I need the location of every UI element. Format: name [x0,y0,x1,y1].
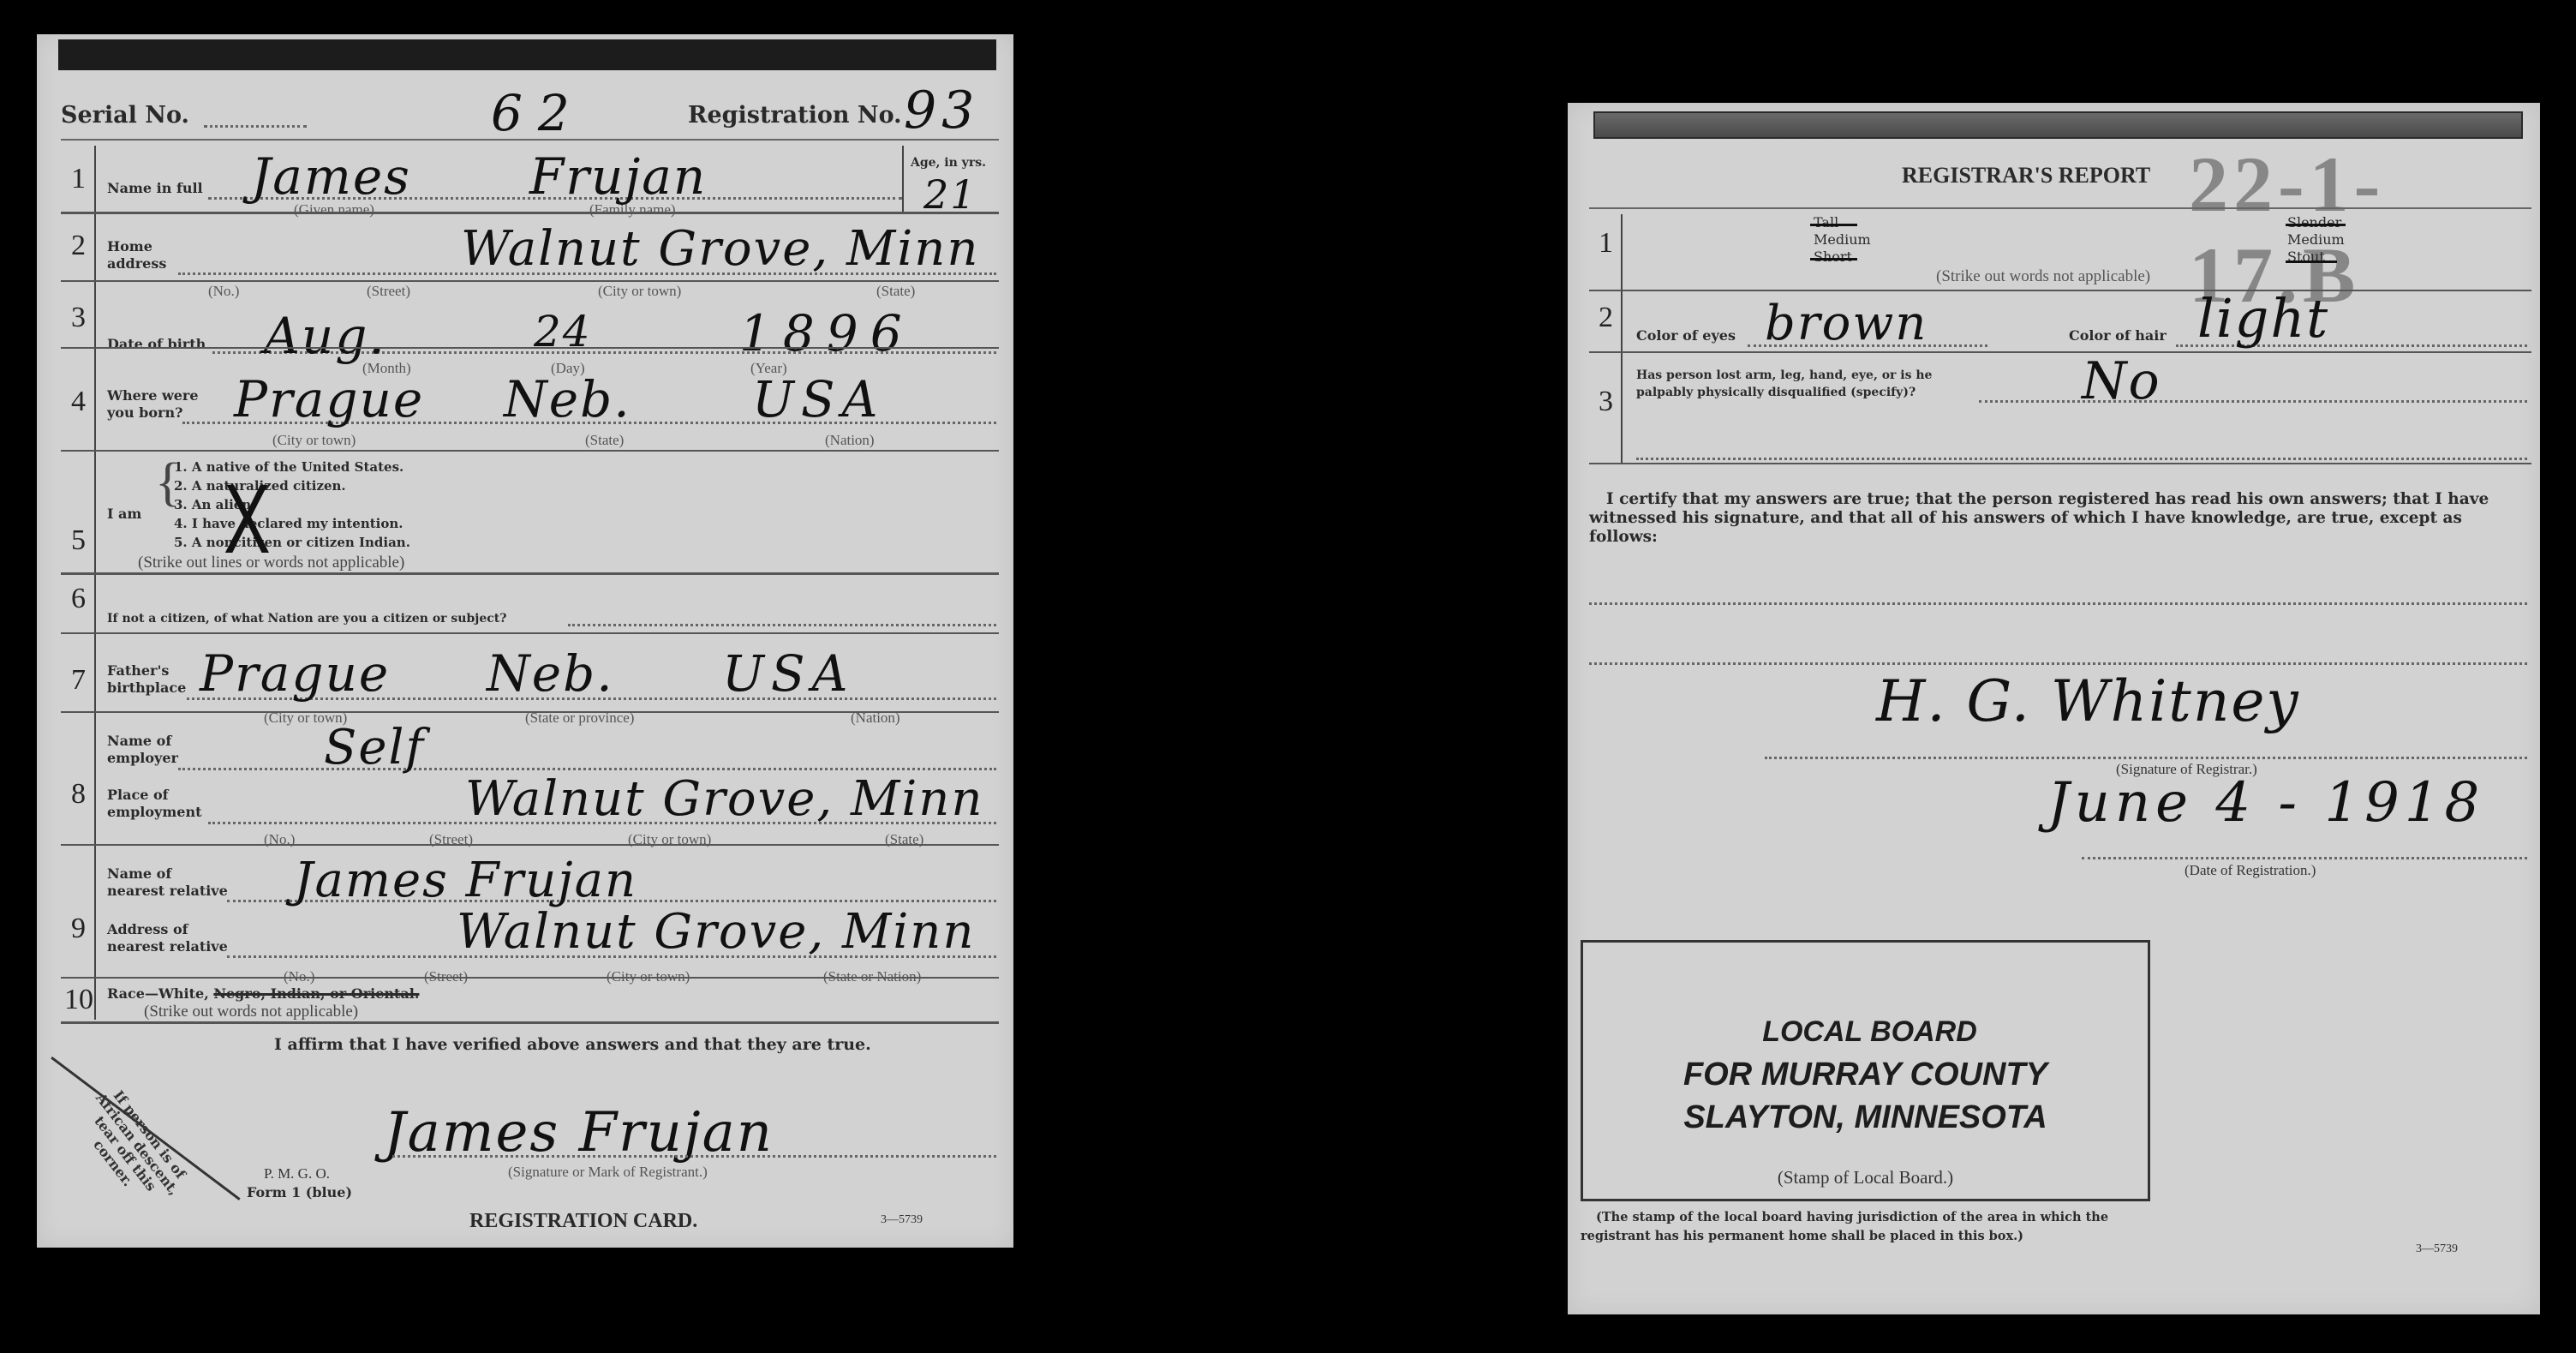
row-10-number: 10 [64,984,93,1016]
header-band [1593,111,2523,139]
row-number-divider [1621,214,1623,463]
employer-dotline [178,768,996,770]
row-5-divider [61,572,999,575]
signature-dotline [392,1155,996,1158]
age-divider [902,146,904,214]
place-caption-state: (State) [885,831,923,848]
registrar-signature[interactable]: H. G. Whitney [1876,668,2300,734]
family-name-value[interactable]: Frujan [529,147,707,206]
father-nation-value[interactable]: USA [722,644,855,703]
registration-card-title: REGISTRATION CARD. [469,1210,697,1233]
date-dotline [2082,857,2527,859]
row-1-number: 1 [1599,227,1613,260]
affirmation-text: I affirm that I have verified above answ… [274,1035,871,1054]
stamp-line-3: SLAYTON, MINNESOTA [1583,1099,2148,1136]
relative-address-value[interactable]: Walnut Grove, Minn [457,904,975,960]
race-prefix: Race—White, [107,985,209,1002]
strike-slender [2286,224,2346,226]
born-nation-value[interactable]: USA [752,370,885,428]
given-name-value[interactable]: James [251,147,411,206]
disqualified-label-1: Has person lost arm, leg, hand, eye, or … [1636,367,1932,384]
family-name-caption: (Family name) [589,201,676,219]
home-label-2: address [107,255,166,272]
registration-card-front: Serial No. 62 Registration No. 93 1 Name… [37,34,1013,1248]
report-form-number: 3—5739 [2416,1242,2458,1256]
row-9-divider [61,977,999,979]
local-board-stamp-box: LOCAL BOARD FOR MURRAY COUNTY SLAYTON, M… [1581,940,2150,1201]
signature-caption: (Signature or Mark of Registrant.) [508,1164,708,1181]
relative-address-label-1: Address of [107,921,188,938]
born-caption-state: (State) [585,432,624,449]
born-city-value[interactable]: Prague [234,370,424,428]
row-number-divider [94,146,96,1020]
father-city-value[interactable]: Prague [200,644,390,703]
header-divider [1589,207,2531,209]
row-7-divider [61,711,999,713]
height-option-tall[interactable]: Tall [1814,214,1838,231]
born-caption-city: (City or town) [272,432,356,449]
row-1-number: 1 [71,163,86,195]
registration-date-value[interactable]: June 4 - 1918 [2047,771,2484,835]
row-2-number: 2 [71,230,86,262]
home-address-value[interactable]: Walnut Grove, Minn [461,221,979,277]
pmgo-label: P. M. G. O. [264,1165,330,1182]
certification-text: I certify that my answers are true; that… [1589,490,2527,547]
place-caption-street: (Street) [429,831,473,848]
nearest-relative-value[interactable]: James Frujan [294,853,637,908]
home-caption-no: (No.) [208,283,239,300]
form-number: 3—5739 [881,1213,923,1227]
row-8-divider [61,844,999,846]
place-of-employment-value[interactable]: Walnut Grove, Minn [465,771,983,827]
home-caption-city: (City or town) [598,283,681,300]
dob-month-value[interactable]: Aug. [264,307,386,365]
row-1-divider [61,212,999,214]
father-birthplace-label-2: birthplace [107,679,186,697]
row-2-divider [1589,351,2531,353]
employer-value[interactable]: Self [324,720,425,775]
dob-year-value[interactable]: 1896 [739,304,914,362]
row-3-extra-dotline [1636,458,2527,460]
home-caption-state: (State) [876,283,915,300]
father-birthplace-label-1: Father's [107,662,169,679]
row-7-number: 7 [71,664,86,697]
strike-tall [1810,224,1857,226]
registration-label: Registration No. [688,103,902,129]
stamp-instruction: (The stamp of the local board having jur… [1581,1208,2150,1246]
relative-label-2: nearest relative [107,883,228,900]
registrar-signature-dotline [1765,757,2527,759]
serial-value: 62 [491,84,585,142]
row-6-divider [61,632,999,634]
relative-label-1: Name of [107,865,171,883]
row-6-number: 6 [71,583,86,615]
row-3-number: 3 [71,302,86,334]
registration-value: 93 [904,81,979,141]
employer-label-1: Name of [107,733,171,750]
race-label: Race—White, Negro, Indian, or Oriental. [107,985,419,1003]
race-struck-options: Negro, Indian, or Oriental. [213,985,419,1002]
born-label-1: Where were [107,387,199,404]
eye-color-label: Color of eyes [1636,327,1736,344]
age-label: Age, in yrs. [911,154,986,171]
row-4-number: 4 [71,386,86,418]
build-option-stout[interactable]: Stout [2287,248,2325,266]
row-3-number: 3 [1599,386,1613,418]
registrar-report-card: REGISTRAR'S REPORT 22-1-17.B 1 Tall Medi… [1568,103,2540,1314]
nation-question-label: If not a citizen, of what Nation are you… [107,610,506,627]
serial-label: Serial No. [61,103,189,129]
hair-color-value[interactable]: light [2197,287,2329,350]
serial-dotline [204,125,307,128]
stamp-line-1: LOCAL BOARD [1583,1015,2148,1049]
stamp-line-2: FOR MURRAY COUNTY [1583,1057,2148,1093]
i-am-label: I am [107,506,141,523]
height-option-medium[interactable]: Medium [1814,231,1871,248]
row-5-number: 5 [71,524,86,557]
home-caption-street: (Street) [367,283,410,300]
exceptions-line-2 [1589,662,2527,665]
exceptions-line-1 [1589,602,2527,605]
row-9-number: 9 [71,913,86,945]
form-label: Form 1 (blue) [247,1184,352,1201]
row-1-divider [1589,290,2531,291]
row-2-divider [61,280,999,282]
dob-day-value[interactable]: 24 [534,307,592,356]
born-label-2: you born? [107,404,182,422]
born-state-value[interactable]: Neb. [504,370,631,428]
relative-address-label-2: nearest relative [107,938,228,955]
height-option-short[interactable]: Short [1814,248,1852,266]
citizenship-option-4[interactable]: 4. I have declared my intention. [174,515,403,532]
disqualified-value[interactable]: No [2082,351,2161,411]
registration-date-caption: (Date of Registration.) [2185,862,2316,879]
header-divider [61,139,999,141]
place-label-2: employment [107,804,201,821]
row-10-divider [61,1021,999,1024]
born-caption-nation: (Nation) [825,432,875,449]
disqualified-dotline [1979,400,2527,403]
employer-label-2: employer [107,750,178,767]
home-label-1: Home [107,238,152,255]
eye-color-value[interactable]: brown [1765,296,1928,351]
nation-dotline [568,624,996,626]
place-label-1: Place of [107,787,169,804]
age-value[interactable]: 21 [923,171,977,218]
stamp-caption: (Stamp of Local Board.) [1583,1167,2148,1188]
row-3-divider [1589,463,2531,464]
row-3-divider [61,347,999,349]
row-2-number: 2 [1599,302,1613,334]
father-state-value[interactable]: Neb. [487,644,614,703]
hair-color-label: Color of hair [2069,327,2167,344]
strike-stout [2286,260,2337,263]
given-name-caption: (Given name) [294,201,374,219]
place-caption-city: (City or town) [628,831,711,848]
build-option-medium[interactable]: Medium [2287,231,2345,248]
disqualified-label-2: palpably physically disqualified (specif… [1636,384,1916,401]
row-8-number: 8 [71,778,86,811]
race-note: (Strike out words not applicable) [144,1003,358,1021]
citizenship-x-mark: X [224,464,272,577]
place-caption-no: (No.) [264,831,295,848]
build-option-slender[interactable]: Slender [2287,214,2341,231]
registrar-report-title: REGISTRAR'S REPORT [1902,163,2150,189]
header-band [58,39,996,70]
name-in-full-label: Name in full [107,180,203,197]
citizenship-option-5[interactable]: 5. A noncitizen or citizen Indian. [174,534,410,551]
build-note: (Strike out words not applicable) [1936,267,2150,286]
strike-short [1810,258,1857,260]
row-4-divider [61,450,999,452]
date-of-birth-label: Date of birth [107,336,206,353]
citizenship-option-1[interactable]: 1. A native of the United States. [174,458,403,476]
